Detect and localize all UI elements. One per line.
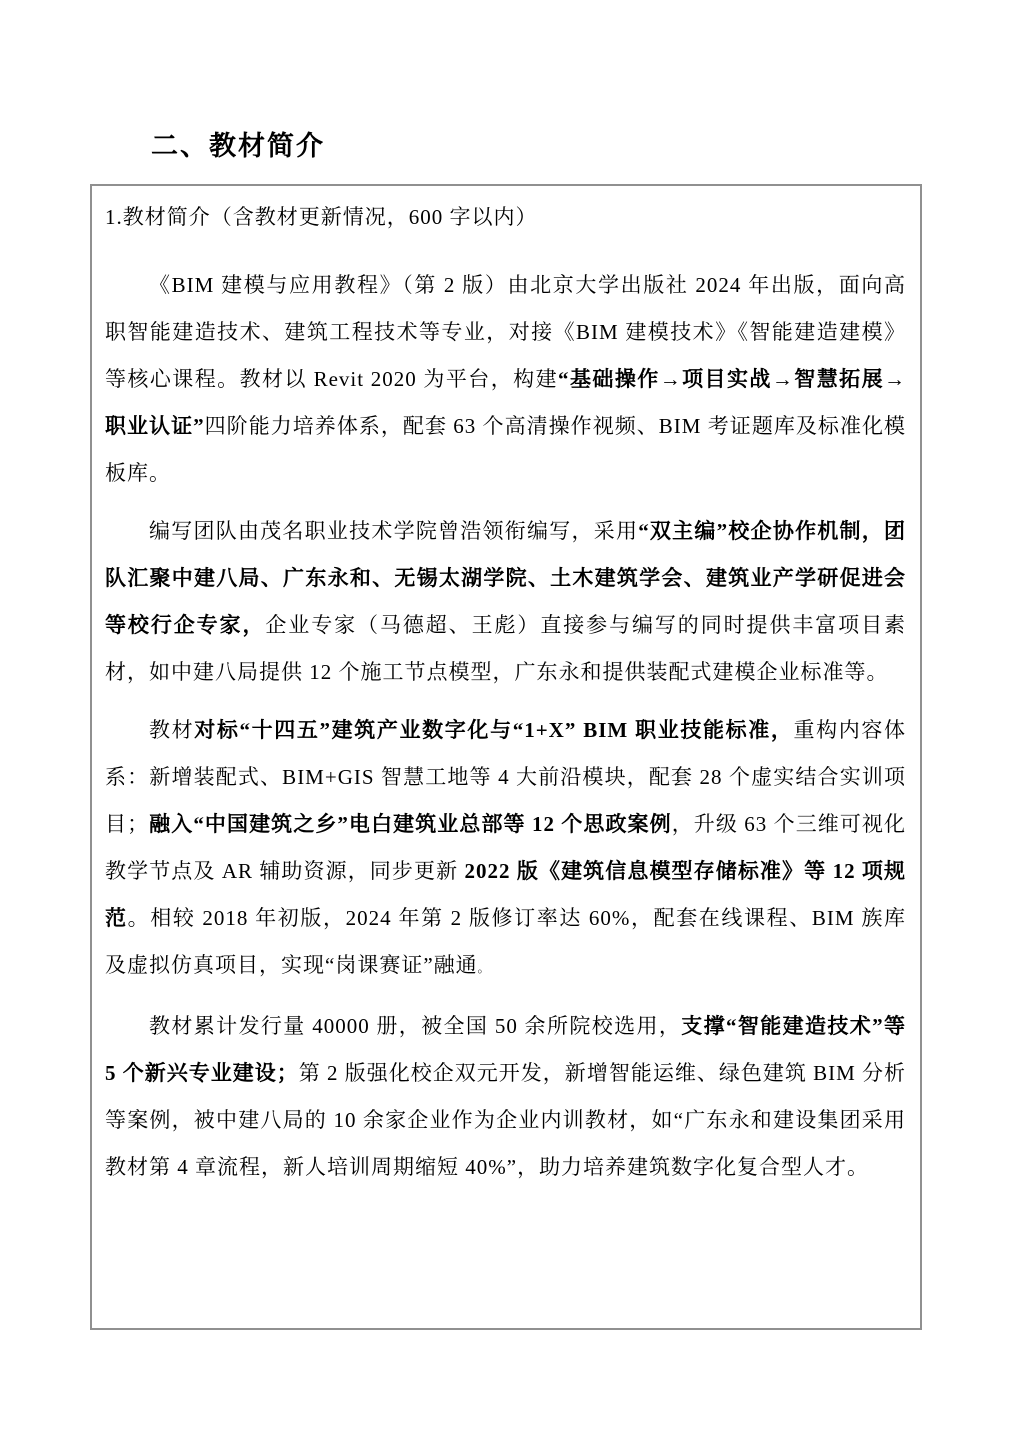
text-run: 教材累计发行量 40000 册，被全国 50 余所院校选用， [149, 1014, 681, 1038]
document-page: 二、教材简介 1.教材简介（含教材更新情况，600 字以内） 《BIM 建模与应… [0, 0, 1024, 1448]
body-paragraph: 教材对标“十四五”建筑产业数字化与“1+X” BIM 职业技能标准，重构内容体系… [105, 707, 906, 992]
text-run: 四阶能力培养体系，配套 63 个高清操作视频、BIM 考证题库及标准化模板库。 [105, 414, 906, 485]
text-run: 。相较 2018 年初版，2024 年第 2 版修订率达 60%，配套在线课程、… [105, 906, 906, 977]
text-run: 编写团队由茂名职业技术学院曾浩领衔编写，采用 [149, 519, 638, 543]
text-run-bold: 融入“中国建筑之乡”电白建筑业总部等 12 个思政案例 [149, 812, 672, 836]
body-paragraph: 教材累计发行量 40000 册，被全国 50 余所院校选用，支撑“智能建造技术”… [105, 1003, 906, 1191]
body-paragraph: 编写团队由茂名职业技术学院曾浩领衔编写，采用“双主编”校企协作机制，团队汇聚中建… [105, 508, 906, 696]
section-title: 二、教材简介 [151, 129, 325, 163]
textbook-intro-form-cell: 1.教材简介（含教材更新情况，600 字以内） 《BIM 建模与应用教程》（第 … [90, 184, 922, 1330]
field-label: 1.教材简介（含教材更新情况，600 字以内） [105, 198, 906, 236]
text-run-bold: 对标“十四五”建筑产业数字化与“1+X” BIM 职业技能标准， [194, 718, 793, 742]
text-run: 。 [478, 961, 490, 975]
body-paragraph: 《BIM 建模与应用教程》（第 2 版）由北京大学出版社 2024 年出版，面向… [105, 262, 906, 497]
text-run: 教材 [149, 718, 194, 742]
textbook-intro-paragraphs: 《BIM 建模与应用教程》（第 2 版）由北京大学出版社 2024 年出版，面向… [105, 262, 906, 1191]
